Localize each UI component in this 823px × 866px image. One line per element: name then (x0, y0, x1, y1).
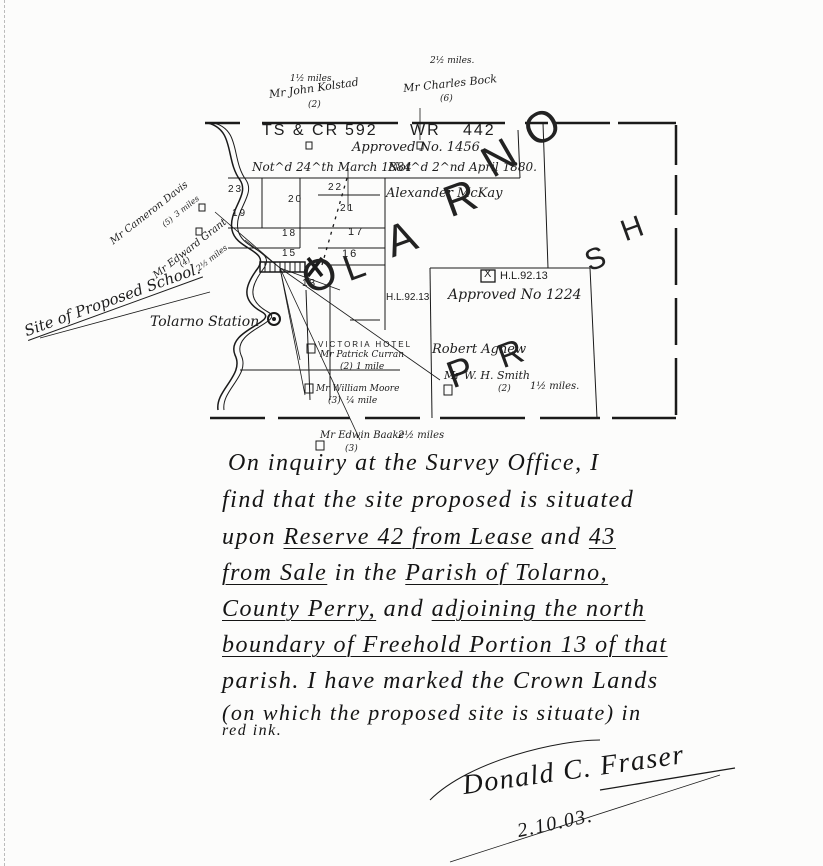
lot-number: 22 (328, 182, 343, 193)
letter-underlined-boundary: boundary of Freehold Portion 13 of that (222, 632, 668, 658)
lot-number: 17 (348, 226, 364, 238)
holding-hl-left: H.L.92.13 (386, 292, 429, 303)
x-box-mark: X (484, 268, 491, 280)
approved-1224: Approved No 1224 (448, 287, 582, 303)
victoria-hotel-label: VICTORIA HOTEL (318, 340, 412, 349)
letter-word: upon (222, 524, 284, 550)
letter-underlined-sale: from Sale (222, 560, 327, 586)
resident-distance: 2½ miles. (430, 56, 474, 66)
letter-line: (on which the proposed site is situate) … (222, 700, 642, 726)
resident-name: Mr William Moore (316, 384, 399, 394)
resident-name: Mr W. H. Smith (444, 369, 530, 382)
scanned-document-page: TS & CR 592 WR 442 Approved No. 1456. No… (0, 0, 823, 866)
resident-count: (3) (328, 396, 341, 406)
tolarno-station-label: Tolarno Station (150, 314, 259, 330)
letter-underlined-adjoining: adjoining the north (432, 596, 646, 622)
lot-number: 19 (232, 208, 247, 219)
lot-number: 20 (288, 194, 303, 205)
letter-line: boundary of Freehold Portion 13 of that (222, 632, 668, 659)
lot-number: 21 (340, 203, 355, 214)
lot-number: 18 (282, 228, 297, 239)
letter-underlined-parish: Parish of Tolarno, (405, 560, 608, 586)
letter-line: County Perry, and adjoining the north (222, 596, 646, 623)
letter-line: On inquiry at the Survey Office, I (228, 450, 600, 477)
resident-count: (2) (340, 362, 353, 372)
letter-underlined-reserve: Reserve 42 from Lease (284, 524, 534, 550)
resident-count: (2) (308, 100, 321, 110)
resident-distance: 1½ miles. (530, 381, 579, 392)
letter-line: upon Reserve 42 from Lease and 43 (222, 524, 616, 551)
map-approved-1456: Approved No. 1456. (352, 140, 484, 155)
letter-underlined-county: County Perry, (222, 596, 376, 622)
resident-name: Mr Patrick Curran (320, 350, 404, 360)
map-header-right-label: WR (410, 122, 441, 140)
letter-underlined-43: 43 (589, 524, 616, 550)
letter-line: from Sale in the Parish of Tolarno, (222, 560, 608, 587)
resident-count: (6) (440, 94, 453, 104)
letter-line: parish. I have marked the Crown Lands (222, 668, 659, 695)
map-header-left-label: TS & CR (262, 122, 339, 140)
resident-distance: 2½ miles (398, 430, 444, 441)
holding-hl-right: H.L.92.13 (500, 270, 548, 282)
letter-line: find that the site proposed is situated (222, 487, 634, 514)
resident-distance: 1 mile (356, 362, 384, 372)
resident-count: (2) (498, 384, 511, 394)
resident-distance: ¼ mile (346, 396, 377, 406)
resident-name: Mr Edwin Baake (320, 430, 405, 441)
map-header-left-number: 592 (345, 122, 378, 140)
lot-number: 23 (228, 184, 243, 195)
letter-line: red ink. (222, 722, 282, 740)
